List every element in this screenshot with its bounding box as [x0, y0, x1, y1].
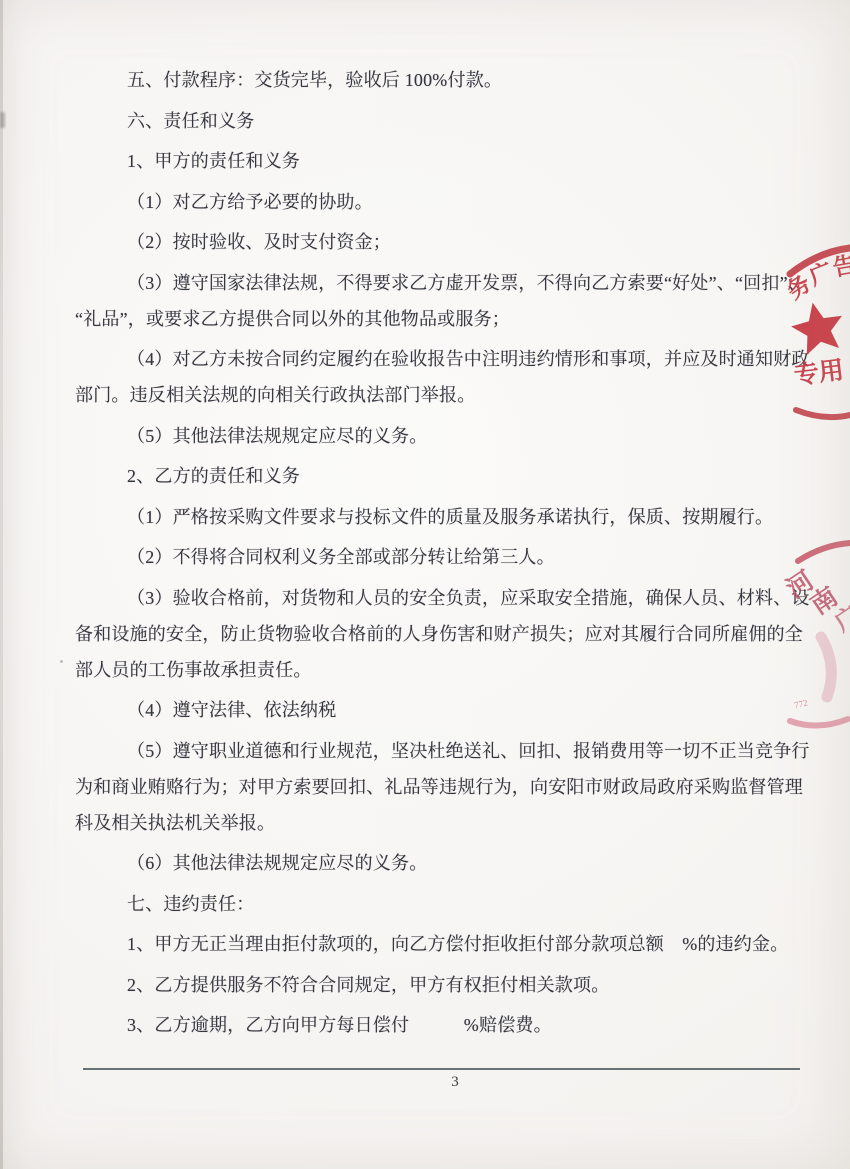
- text-line: （3）遵守国家法律法规，不得要求乙方虚开发票，不得向乙方索要“好处”、“回扣”、: [75, 265, 811, 301]
- scan-speck: [60, 660, 63, 663]
- text-line: （5）其他法律法规规定应尽的义务。: [75, 418, 811, 454]
- text-line: （6）其他法律法规规定应尽的义务。: [75, 845, 811, 881]
- text-line: 为和商业贿赂行为；对甲方索要回扣、礼品等违规行为，向安阳市财政局政府采购监督管理: [75, 769, 811, 805]
- seal-ink-smudge: [821, 637, 831, 697]
- footer-divider: [83, 1068, 800, 1070]
- text-line: 五、付款程序：交货完毕，验收后 100%付款。: [75, 62, 811, 98]
- paragraph: （4）遵守法律、依法纳税: [75, 692, 811, 728]
- text-line: 科及相关执法机关举报。: [75, 805, 811, 841]
- paragraph: 五、付款程序：交货完毕，验收后 100%付款。: [75, 62, 811, 98]
- text-line: （3）验收合格前，对货物和人员的安全负责，应采取安全措施，确保人员、材料、设: [75, 580, 811, 616]
- paragraph: （1）对乙方给予必要的协助。: [75, 184, 811, 220]
- text-line: （1）严格按采购文件要求与投标文件的质量及服务承诺执行，保质、按期履行。: [75, 499, 811, 535]
- paragraph: 2、乙方的责任和义务: [75, 458, 811, 494]
- paragraph: （2）按时验收、及时支付资金；: [75, 224, 811, 260]
- text-line: 1、甲方的责任和义务: [75, 143, 811, 179]
- scanned-contract-page: 五、付款程序：交货完毕，验收后 100%付款。六、责任和义务1、甲方的责任和义务…: [0, 0, 850, 1169]
- paragraph: 1、甲方无正当理由拒付款项的，向乙方偿付拒收拒付部分款项总额 %的违约金。: [75, 926, 811, 962]
- paragraph: （6）其他法律法规规定应尽的义务。: [75, 845, 811, 881]
- paragraph: （3）验收合格前，对货物和人员的安全负责，应采取安全措施，确保人员、材料、设备和…: [75, 580, 811, 688]
- text-line: 六、责任和义务: [75, 103, 811, 139]
- text-line: 3、乙方逾期，乙方向甲方每日偿付 %赔偿费。: [75, 1007, 811, 1043]
- paragraph: （4）对乙方未按合同约定履约在验收报告中注明违约情形和事项，并应及时通知财政部门…: [75, 341, 811, 413]
- text-line: 1、甲方无正当理由拒付款项的，向乙方偿付拒收拒付部分款项总额 %的违约金。: [75, 926, 811, 962]
- paragraph: 六、责任和义务: [75, 103, 811, 139]
- paragraph: （5）其他法律法规规定应尽的义务。: [75, 418, 811, 454]
- seal-char: 广: [830, 600, 850, 637]
- page-number: 3: [420, 1074, 490, 1091]
- paragraph: （3）遵守国家法律法规，不得要求乙方虚开发票，不得向乙方索要“好处”、“回扣”、…: [75, 265, 811, 337]
- paragraph: 2、乙方提供服务不符合合同规定，甲方有权拒付相关款项。: [75, 967, 811, 1003]
- seal-arc-char: 告: [831, 252, 850, 281]
- text-line: 2、乙方提供服务不符合合同规定，甲方有权拒付相关款项。: [75, 967, 811, 1003]
- text-line: （4）遵守法律、依法纳税: [75, 692, 811, 728]
- text-line: （4）对乙方未按合同约定履约在验收报告中注明违约情形和事项，并应及时通知财政: [75, 341, 811, 377]
- text-line: 部人员的工伤事故承担责任。: [75, 652, 811, 688]
- text-line: 备和设施的安全，防止货物验收合格前的人身伤害和财产损失；应对其履行合同所雇佣的全: [75, 616, 811, 652]
- text-line: 七、违约责任：: [75, 886, 811, 922]
- text-line: “礼品”，或要求乙方提供合同以外的其他物品或服务；: [75, 301, 811, 337]
- paragraph: （1）严格按采购文件要求与投标文件的质量及服务承诺执行，保质、按期履行。: [75, 499, 811, 535]
- text-line: （1）对乙方给予必要的协助。: [75, 184, 811, 220]
- paragraph: （2）不得将合同权利义务全部或部分转让给第三人。: [75, 539, 811, 575]
- text-line: （5）遵守职业道德和行业规范，坚决杜绝送礼、回扣、报销费用等一切不正当竞争行: [75, 733, 811, 769]
- paragraph: （5）遵守职业道德和行业规范，坚决杜绝送礼、回扣、报销费用等一切不正当竞争行为和…: [75, 733, 811, 841]
- paragraph: 3、乙方逾期，乙方向甲方每日偿付 %赔偿费。: [75, 1007, 811, 1043]
- text-line: 2、乙方的责任和义务: [75, 458, 811, 494]
- text-line: 部门。违反相关法规的向相关行政执法部门举报。: [75, 377, 811, 413]
- document-body: 五、付款程序：交货完毕，验收后 100%付款。六、责任和义务1、甲方的责任和义务…: [75, 62, 811, 1048]
- scan-speck: [0, 112, 5, 128]
- text-line: （2）不得将合同权利义务全部或部分转让给第三人。: [75, 539, 811, 575]
- scan-edge-shadow: [0, 0, 3, 1169]
- paragraph: 七、违约责任：: [75, 886, 811, 922]
- paragraph: 1、甲方的责任和义务: [75, 143, 811, 179]
- text-line: （2）按时验收、及时支付资金；: [75, 224, 811, 260]
